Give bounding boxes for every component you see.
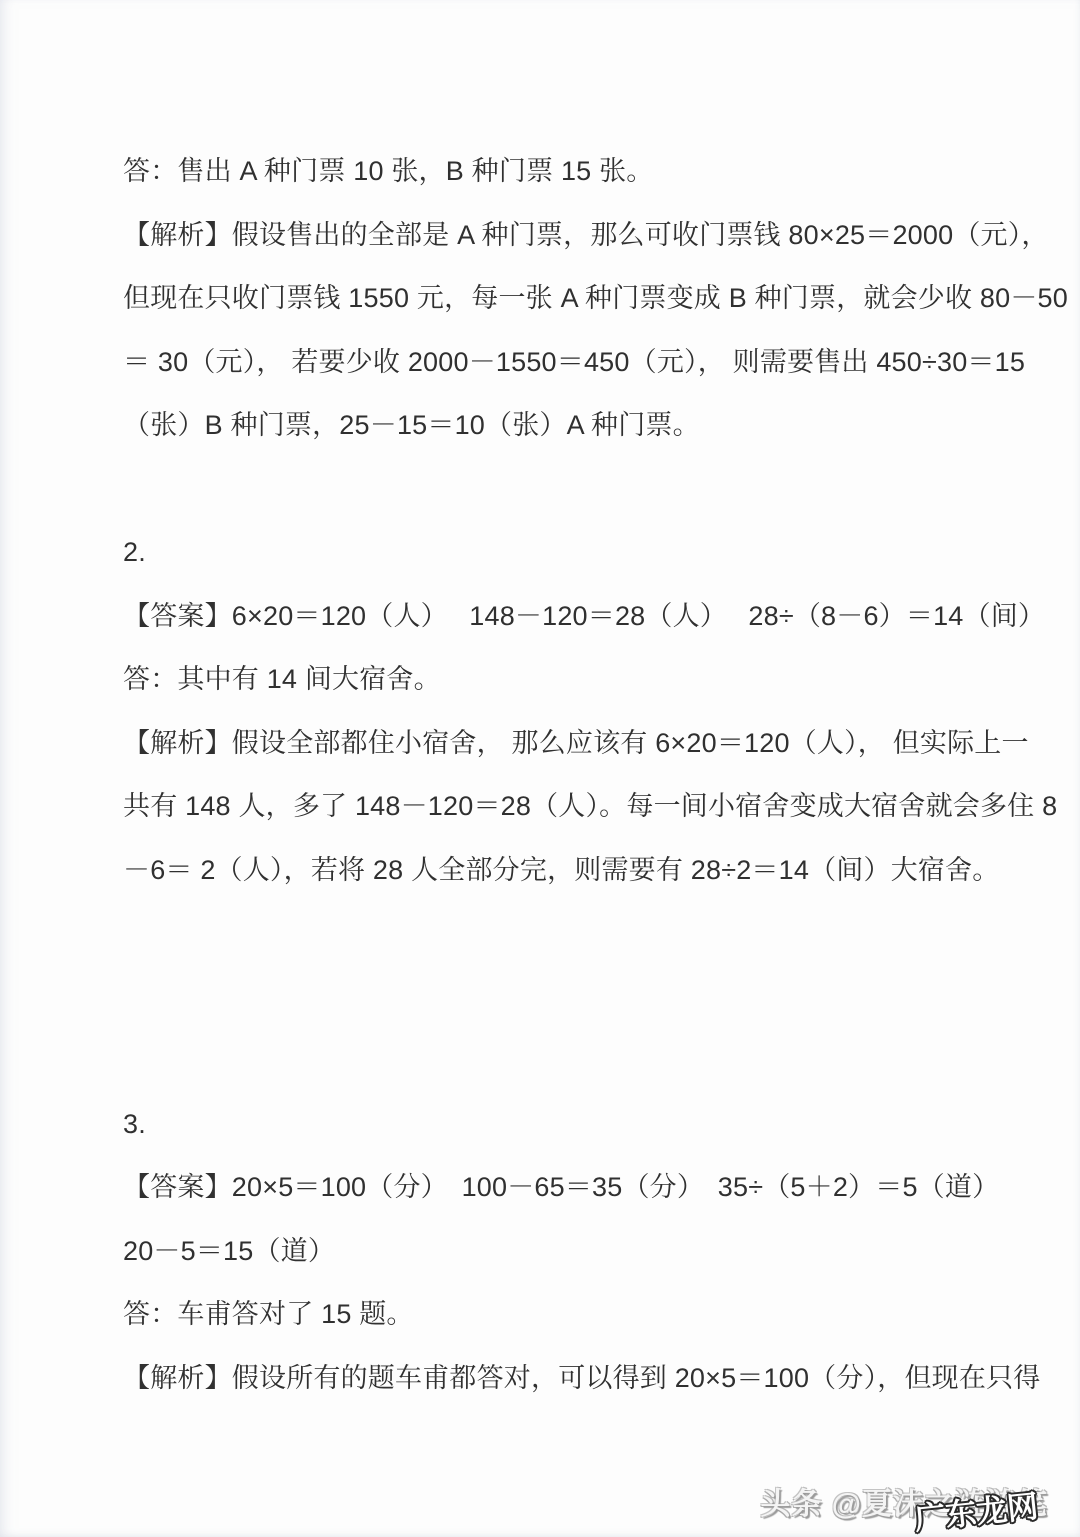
- p3-answer-formula-line-2: 20－5＝15（道）: [123, 1220, 969, 1284]
- p2-analysis-line-3: －6＝ 2（人），若将 28 人全部分完，则需要有 28÷2＝14（间）大宿舍。: [123, 839, 969, 903]
- section-spacer: [123, 902, 969, 1093]
- p1-analysis-line-2: 但现在只收门票钱 1550 元，每一张 A 种门票变成 B 种门票，就会少收 8…: [123, 267, 969, 331]
- problem-2-number: 2.: [123, 521, 969, 585]
- p2-answer-line: 答：其中有 14 间大宿舍。: [123, 648, 969, 712]
- section-spacer: [123, 458, 969, 522]
- p1-analysis-line-3: ＝ 30（元）， 若要少收 2000－1550＝450（元）， 则需要售出 45…: [123, 331, 969, 395]
- p3-answer-line: 答：车甫答对了 15 题。: [123, 1283, 969, 1347]
- p2-analysis-line-1: 【解析】假设全部都住小宿舍， 那么应该有 6×20＝120（人）， 但实际上一: [123, 712, 969, 776]
- p3-answer-formula-line-1: 【答案】20×5＝100（分） 100－65＝35（分） 35÷（5＋2）＝5（…: [123, 1156, 969, 1220]
- answer-sheet-content: 答：售出 A 种门票 10 张，B 种门票 15 张。 【解析】假设售出的全部是…: [123, 140, 969, 1410]
- p1-analysis-line-1: 【解析】假设售出的全部是 A 种门票，那么可收门票钱 80×25＝2000（元）…: [123, 204, 969, 268]
- p1-analysis-line-4: （张）B 种门票，25－15＝10（张）A 种门票。: [123, 394, 969, 458]
- watermark: 头条 @夏沫之涟涟笔 广东龙网: [746, 1473, 1066, 1531]
- problem-3-number: 3.: [123, 1093, 969, 1157]
- p3-analysis-line-1: 【解析】假设所有的题车甫都答对，可以得到 20×5＝100（分），但现在只得: [123, 1347, 969, 1411]
- p2-answer-formula-line: 【答案】6×20＝120（人） 148－120＝28（人） 28÷（8－6）＝1…: [123, 585, 969, 649]
- p2-analysis-line-2: 共有 148 人，多了 148－120＝28（人）。每一间小宿舍变成大宿舍就会多…: [123, 775, 969, 839]
- document-page: 答：售出 A 种门票 10 张，B 种门票 15 张。 【解析】假设售出的全部是…: [0, 0, 1080, 1537]
- p1-answer-line: 答：售出 A 种门票 10 张，B 种门票 15 张。: [123, 140, 969, 204]
